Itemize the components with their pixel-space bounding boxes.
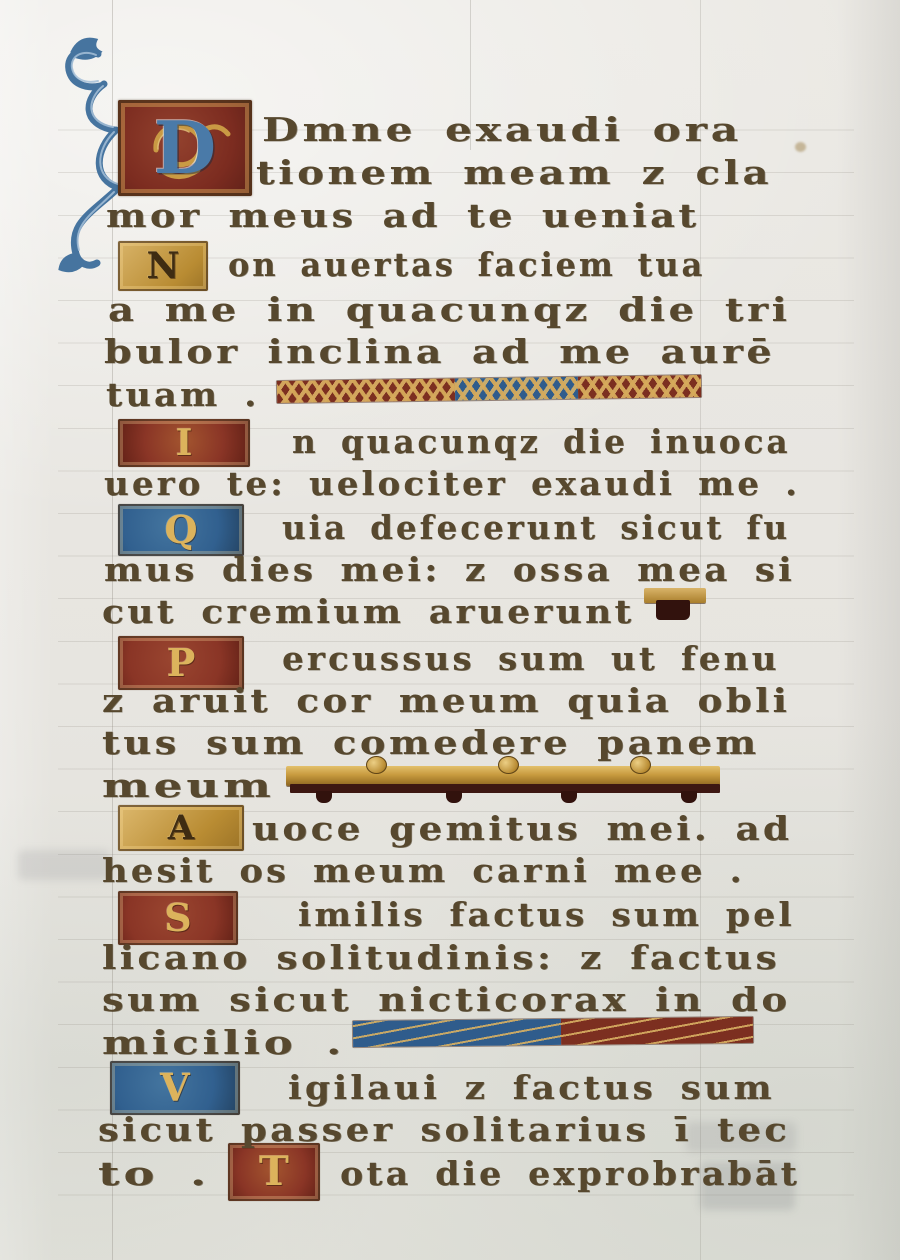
initial-letter: D (154, 112, 216, 184)
text-line: cut cremium aruerunt (102, 590, 634, 633)
line-filler-lattice (276, 374, 702, 404)
filler-segment-red (578, 375, 701, 399)
initial-letter: I (176, 425, 193, 461)
text-line: uoce gemitus mei. ad (252, 807, 792, 850)
text-line: tionem meam z cla (256, 151, 772, 194)
initial-letter: Q (164, 511, 197, 549)
dark-stud (316, 791, 332, 803)
initial-letter: V (160, 1069, 189, 1107)
text-line: a me in quacunqz die tri (108, 288, 790, 331)
line-filler-gold-bar (286, 758, 720, 806)
painted-initial-V: V (110, 1061, 240, 1115)
filler-segment-blue (353, 1019, 561, 1047)
text-line: hesit os meum carni mee . (102, 849, 745, 892)
dark-underline (290, 784, 720, 793)
text-line: sicut passer solitarius ī tec (98, 1108, 790, 1151)
text-line: z aruit cor meum quia obli (102, 679, 790, 722)
text-line: uia defecerunt sicut fu (282, 506, 790, 549)
text-line: to . (98, 1152, 210, 1195)
text-line: micilio . (102, 1021, 345, 1064)
initial-letter: A (168, 811, 194, 845)
painted-initial-A: A (118, 805, 244, 851)
text-line: tuam . (106, 373, 259, 416)
dark-stud (681, 791, 697, 803)
filler-segment-red (561, 1017, 753, 1045)
initial-letter: P (167, 644, 196, 682)
dark-pendant (656, 600, 690, 620)
initial-letter: S (164, 899, 191, 937)
text-line: n quacunqz die inuoca (292, 420, 790, 463)
text-line: mor meus ad te ueniat (106, 194, 700, 237)
text-line: ota die exprobrabāt (340, 1152, 800, 1195)
text-line: ercussus sum ut fenu (282, 637, 780, 680)
painted-initial-T: T (228, 1143, 320, 1201)
dark-stud (446, 791, 462, 803)
text-line: on auertas faciem tua (228, 243, 705, 286)
parchment-fleck (795, 142, 806, 152)
text-line: mus dies mei: z ossa mea si (104, 548, 795, 591)
filler-segment-blue (455, 377, 578, 401)
text-line: igilaui z factus sum (288, 1066, 775, 1109)
text-line: imilis factus sum pel (298, 893, 795, 936)
dark-stud (561, 791, 577, 803)
text-line: licano solitudinis: z factus (102, 936, 780, 979)
showthrough-smudge (18, 850, 110, 880)
illuminated-initial-D: D (118, 100, 252, 196)
initial-letter: N (147, 248, 180, 284)
text-line: bulor inclina ad me aurē (104, 330, 775, 373)
text-line: uero te: uelociter exaudi me . (104, 462, 800, 505)
initial-letter: T (259, 1152, 289, 1192)
text-line: sum sicut nicticorax in do (102, 978, 791, 1021)
text-line: tus sum comedere panem (102, 721, 760, 764)
gold-bar (286, 766, 720, 786)
text-line: Dmne exaudi ora (262, 108, 742, 151)
text-line: meum (102, 764, 275, 807)
filler-segment-red (277, 378, 455, 402)
line-filler-small-bar (644, 588, 706, 622)
painted-initial-I: I (118, 419, 250, 467)
painted-initial-N: N (118, 241, 208, 291)
manuscript-page: D N I Q P A S V T Dmne exaudi ora tionem… (0, 0, 900, 1260)
